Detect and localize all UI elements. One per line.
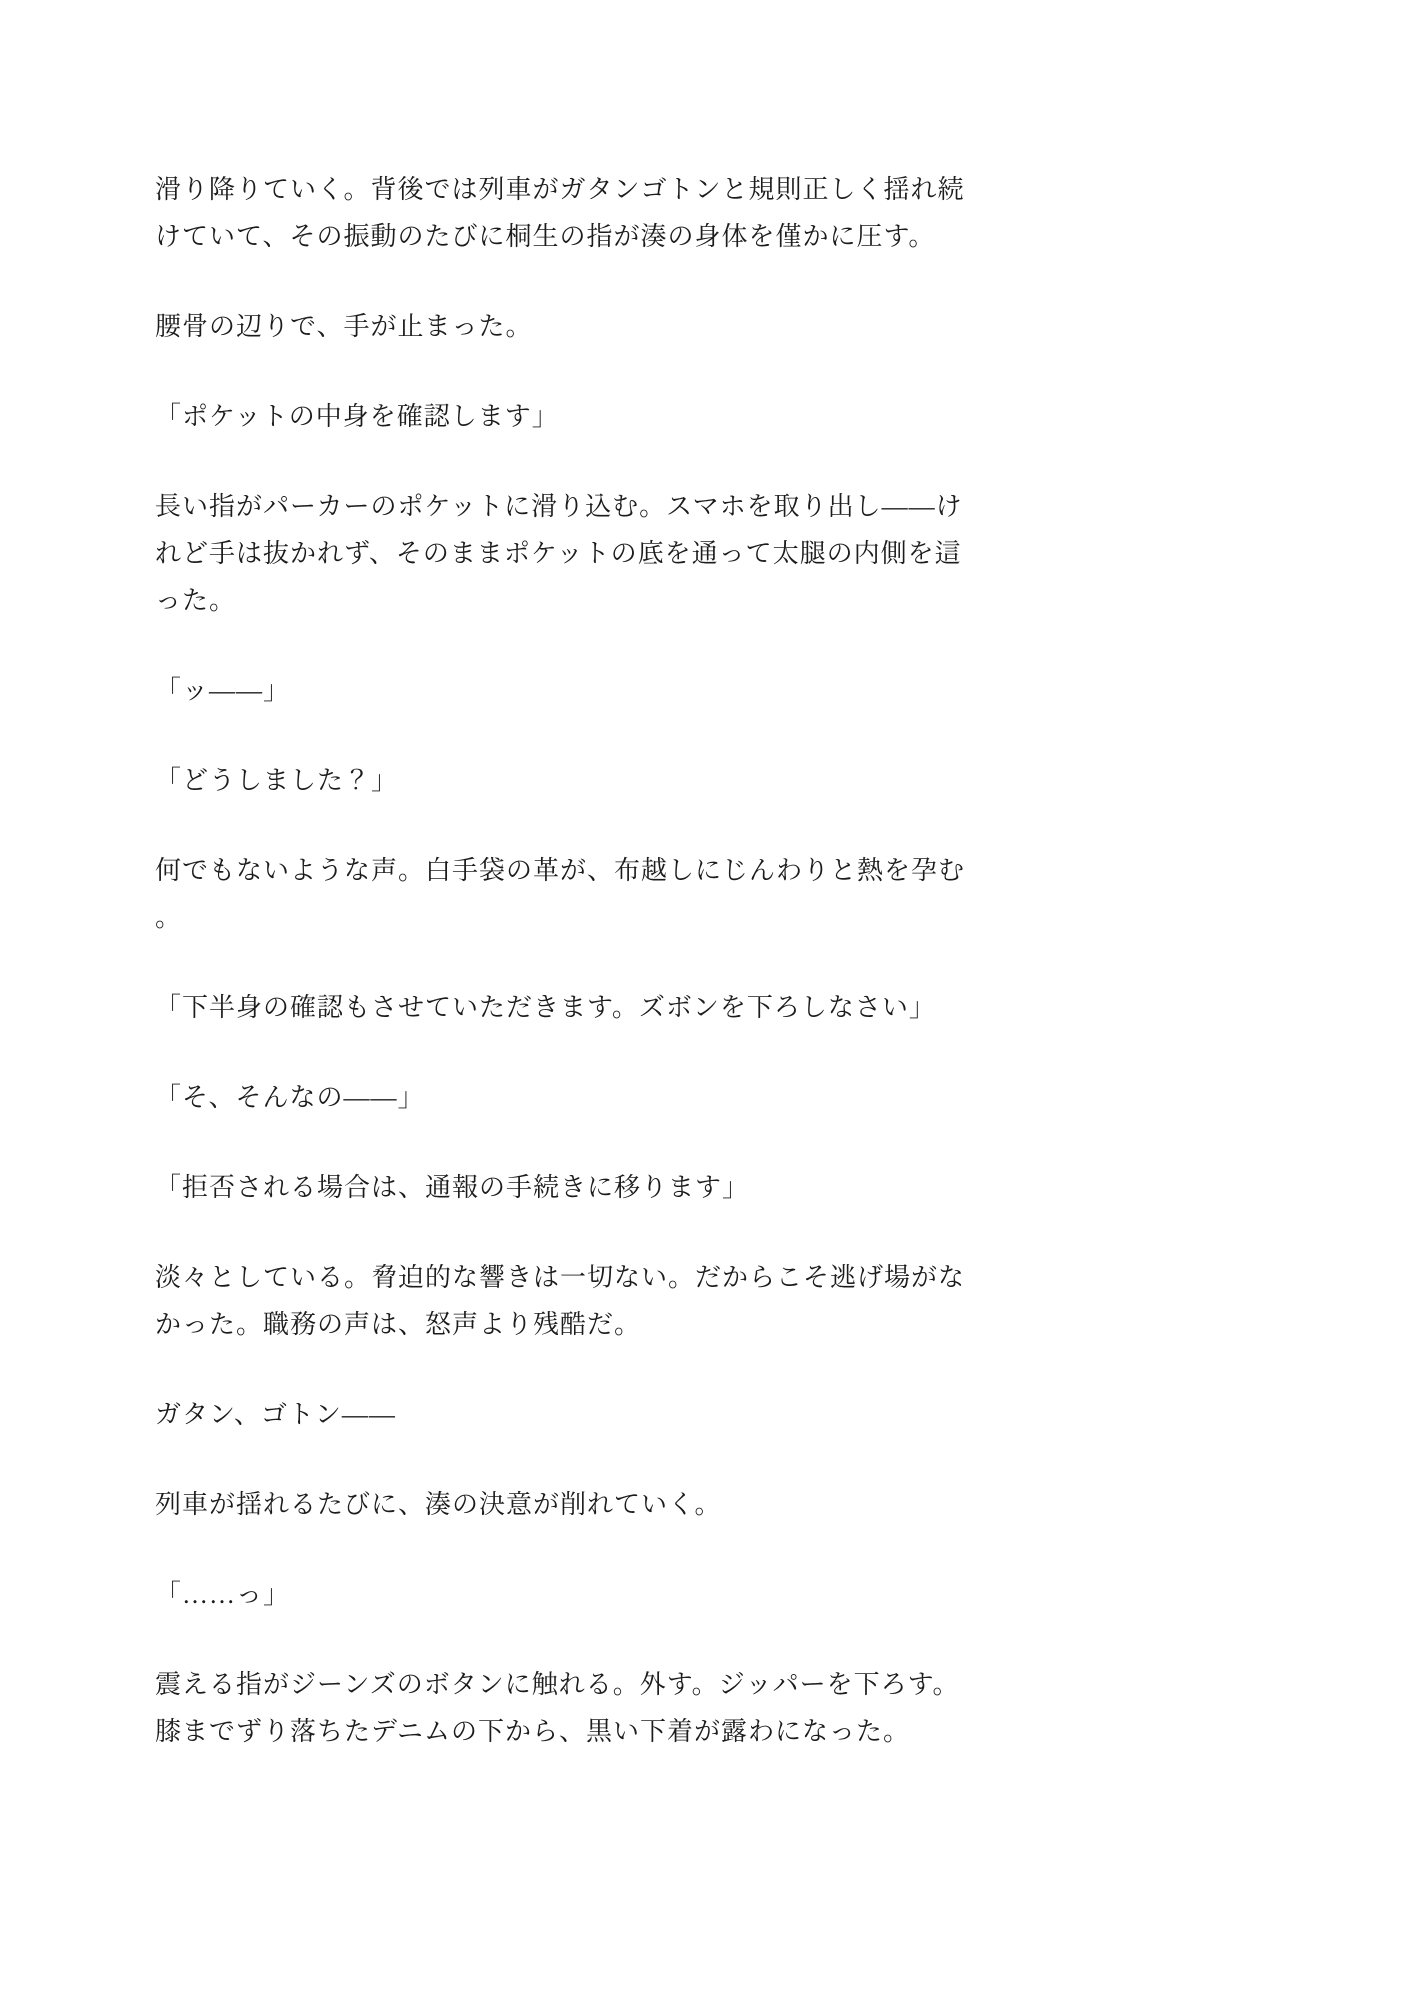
paragraph: ガタン、ゴトン―― [155,1391,967,1438]
paragraph-dialogue: 「ポケットの中身を確認します」 [155,393,967,440]
paragraph: 淡々としている。脅迫的な響きは一切ない。だからこそ逃げ場がなかった。職務の声は、… [155,1254,967,1348]
paragraph: 列車が揺れるたびに、湊の決意が削れていく。 [155,1481,967,1528]
paragraph-dialogue: 「下半身の確認もさせていただきます。ズボンを下ろしなさい」 [155,984,967,1031]
paragraph-dialogue: 「拒否される場合は、通報の手続きに移ります」 [155,1164,967,1211]
paragraph-dialogue: 「そ、そんなの――」 [155,1074,967,1121]
paragraph: 腰骨の辺りで、手が止まった。 [155,303,967,350]
document-page: 滑り降りていく。背後では列車がガタンゴトンと規則正しく揺れ続けていて、その振動の… [155,166,967,1755]
paragraph-dialogue: 「どうしました？」 [155,757,967,804]
paragraph-dialogue: 「……っ」 [155,1571,967,1618]
paragraph: 震える指がジーンズのボタンに触れる。外す。ジッパーを下ろす。膝までずり落ちたデニ… [155,1661,967,1755]
paragraph-dialogue: 「ッ――」 [155,667,967,714]
paragraph: 長い指がパーカーのポケットに滑り込む。スマホを取り出し――けれど手は抜かれず、そ… [155,483,967,624]
paragraph: 滑り降りていく。背後では列車がガタンゴトンと規則正しく揺れ続けていて、その振動の… [155,166,967,260]
paragraph: 何でもないような声。白手袋の革が、布越しにじんわりと熱を孕む。 [155,847,967,941]
